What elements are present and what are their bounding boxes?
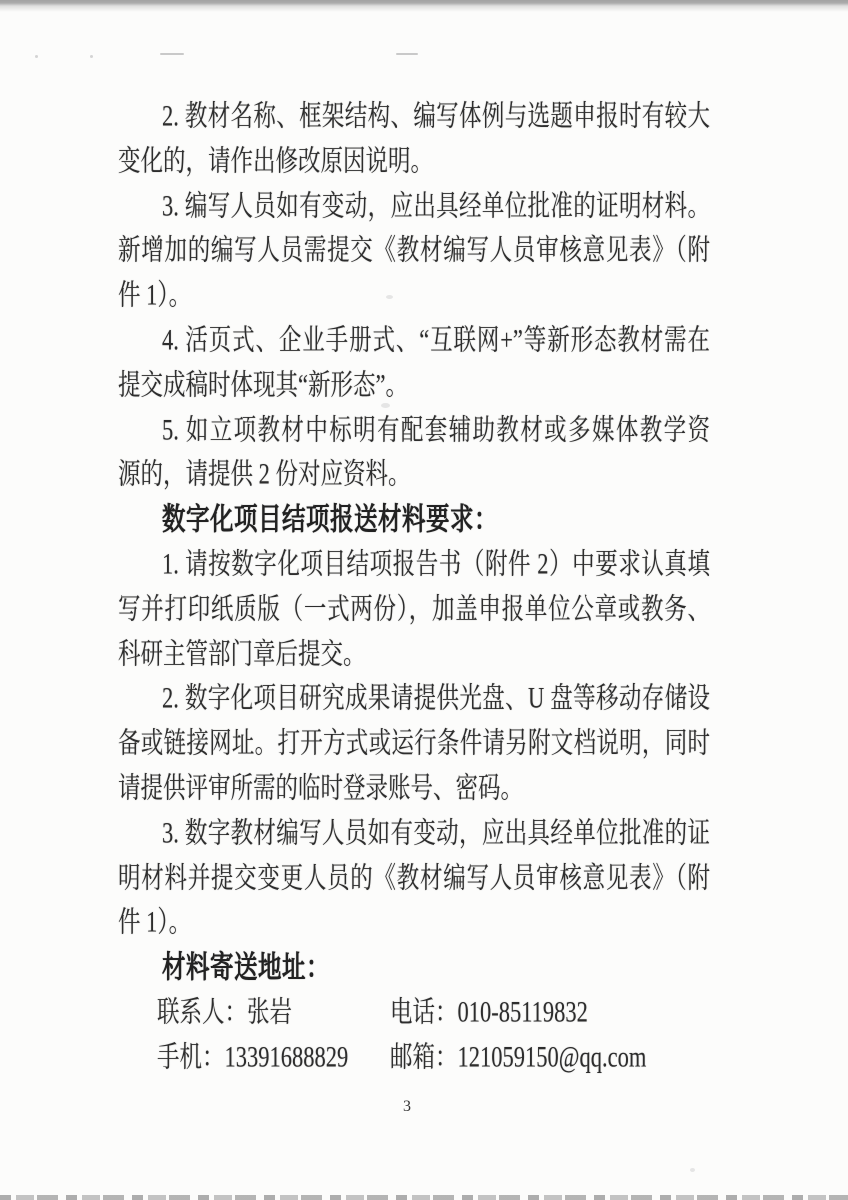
scan-smudge	[690, 1168, 695, 1172]
scan-mark	[396, 53, 418, 55]
contact-rows: 联系人：张岩电话：010-85119832手机：13391688829邮箱：12…	[118, 991, 710, 1081]
scan-edge-bottom	[0, 1195, 848, 1200]
scan-mark	[35, 55, 38, 58]
contact-right: 邮箱：121059150@qq.com	[390, 1028, 646, 1086]
scan-mark	[160, 53, 184, 55]
scan-edge-top	[0, 0, 848, 12]
document-body: 2. 教材名称、框架结构、编写体例与选题申报时有较大变化的，请作出修改原因说明。…	[118, 95, 710, 1081]
contact-row: 手机：13391688829邮箱：121059150@qq.com	[118, 1028, 710, 1086]
scanned-document-page: { "page": { "number": "3", "paper_color"…	[0, 0, 848, 1200]
contact-left: 手机：13391688829	[157, 1040, 348, 1073]
document-lines: 2. 教材名称、框架结构、编写体例与选题申报时有较大变化的，请作出修改原因说明。…	[118, 95, 710, 991]
scan-mark	[90, 55, 93, 58]
page-number: 3	[403, 1098, 411, 1116]
contact-left: 联系人：张岩	[157, 995, 292, 1027]
